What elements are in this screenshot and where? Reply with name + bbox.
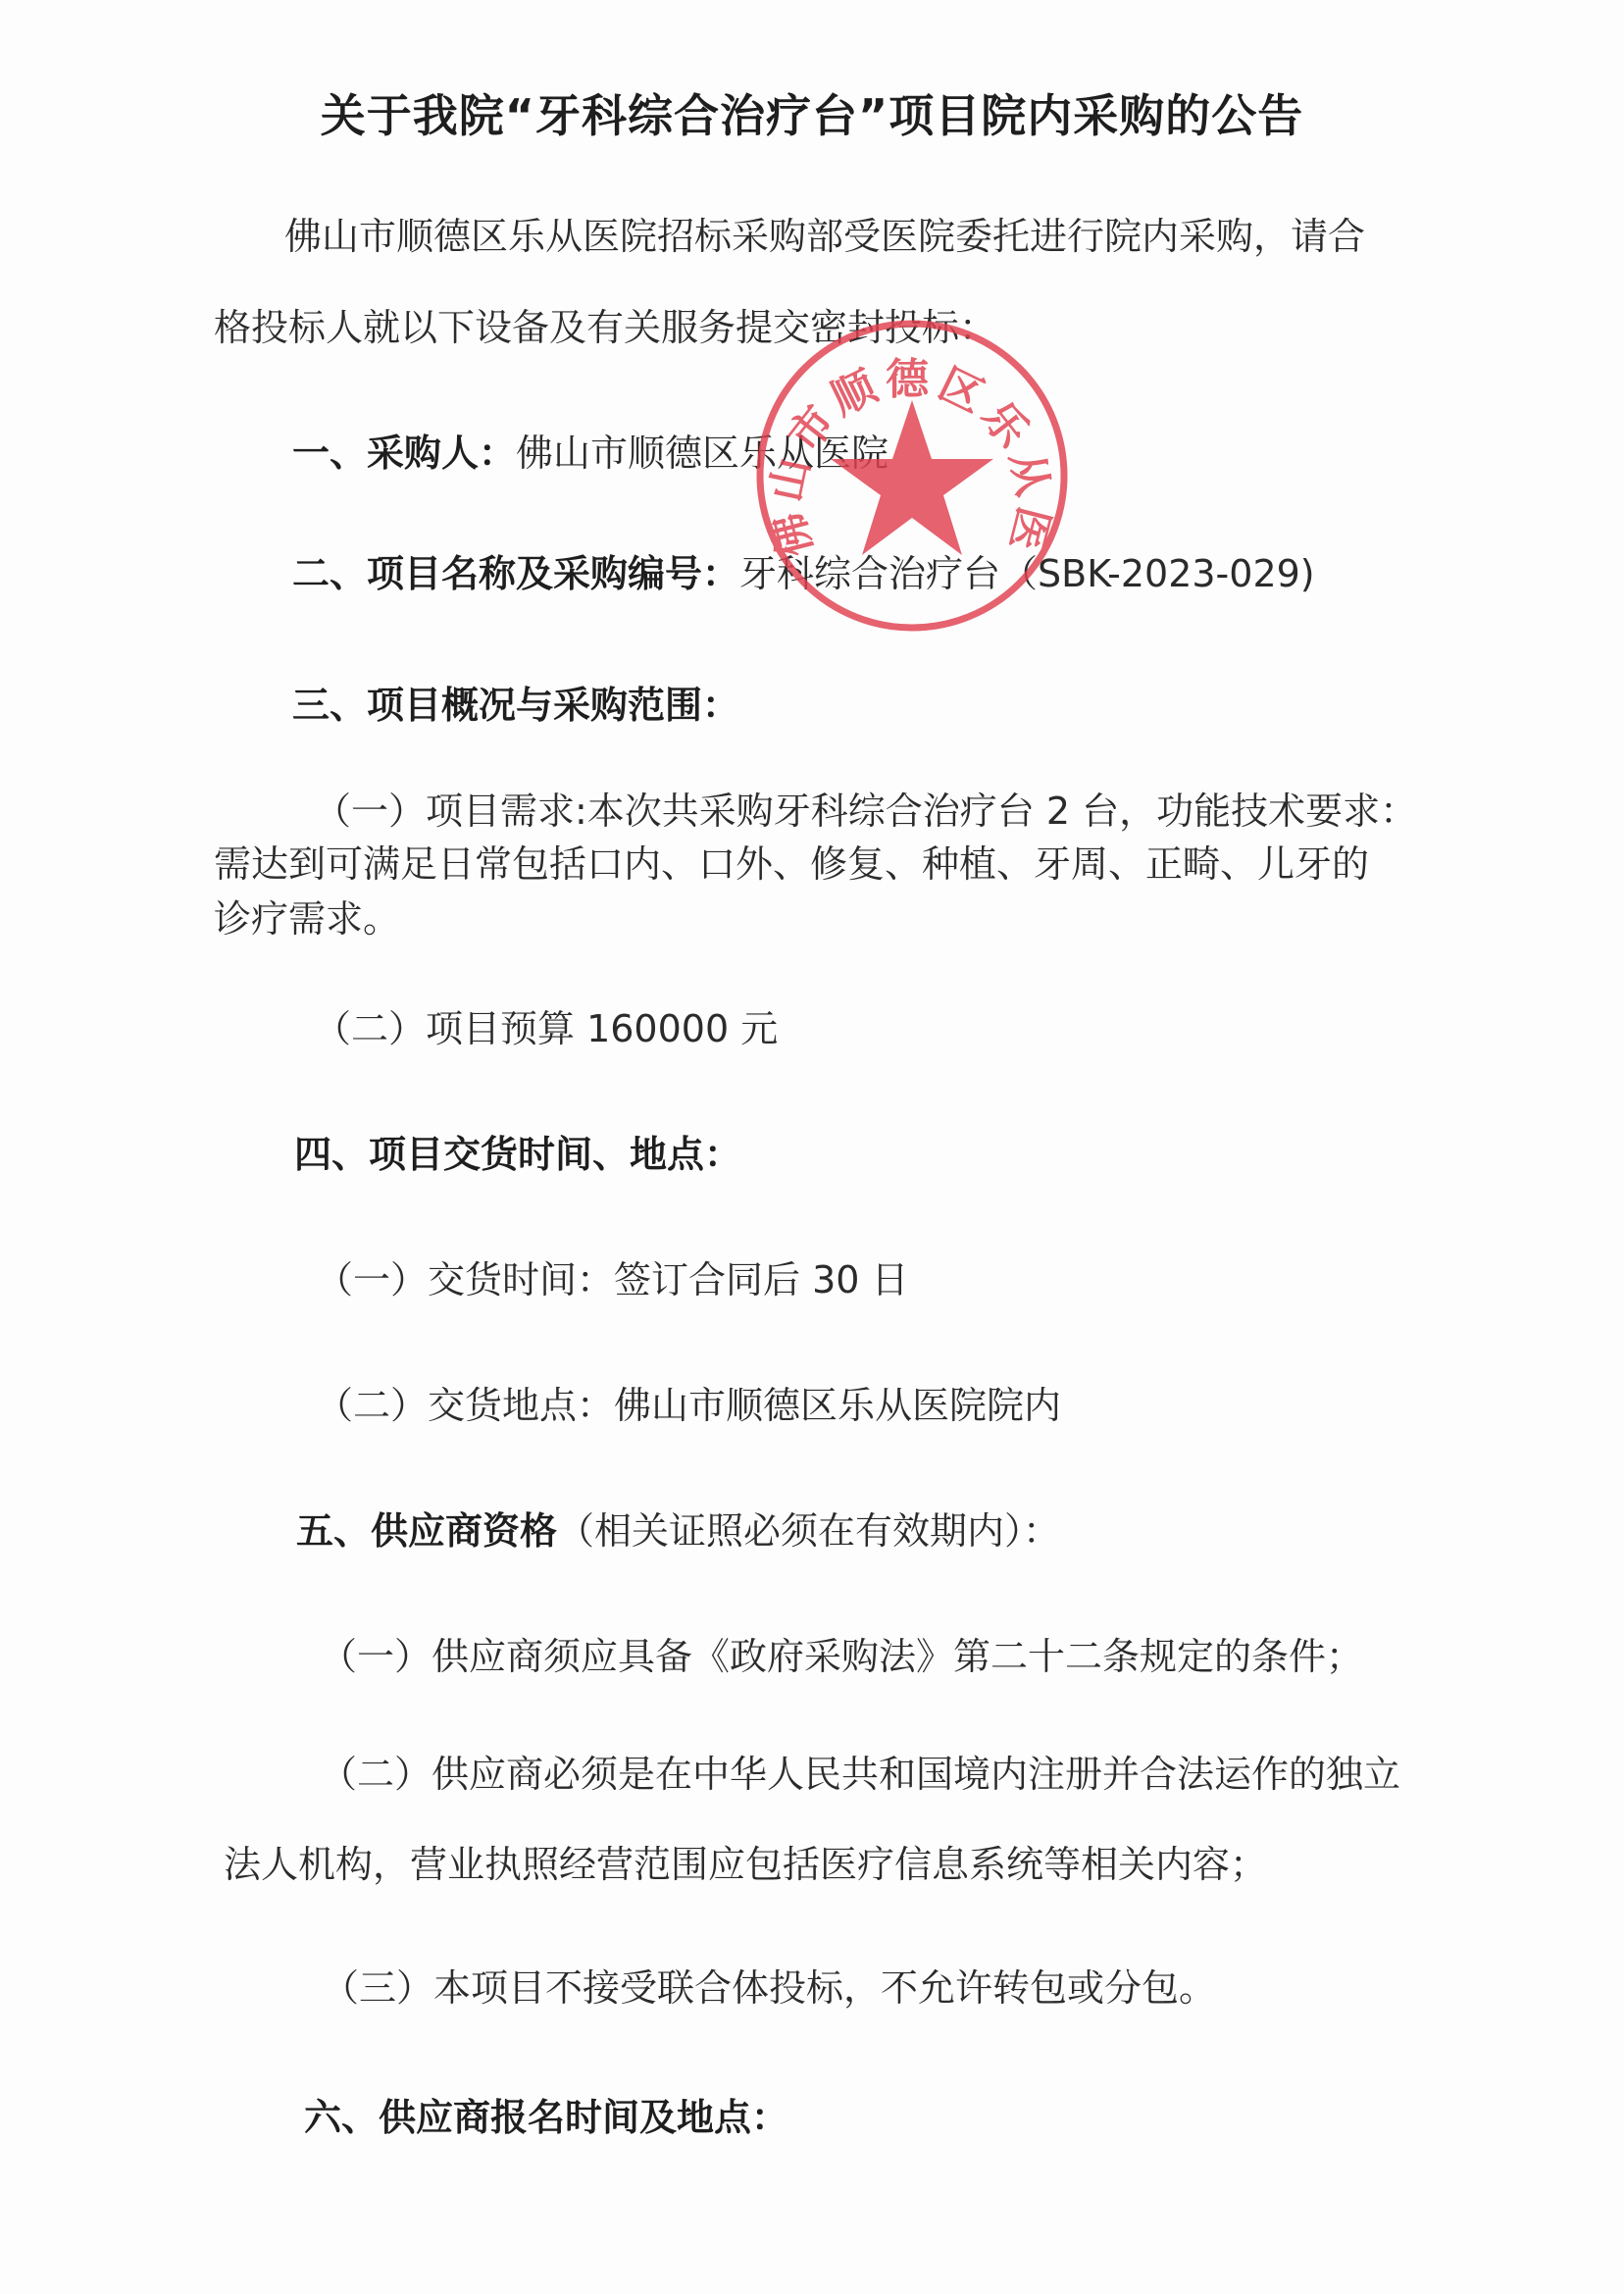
intro-line-2: 格投标人就以下设备及有关服务提交密封投标：	[214, 309, 996, 346]
intro-line-1: 佛山市顺德区乐从医院招标采购部受医院委托进行院内采购，请合	[284, 218, 1365, 255]
project-name-code: 牙科综合治疗台（SBK-2023-029)	[739, 552, 1315, 595]
section-heading: 一、采购人：	[292, 432, 516, 475]
qualification-item-2-line-2: 法人机构，营业执照经营范围应包括医疗信息系统等相关内容；	[224, 1846, 1267, 1883]
qualification-item-1: （一）供应商须应具备《政府采购法》第二十二条规定的条件；	[320, 1638, 1363, 1675]
document-page: 关于我院“牙科综合治疗台”项目院内采购的公告 佛山市顺德区乐从医院招标采购部受医…	[0, 0, 1624, 2294]
section-project-name: 二、项目名称及采购编号：牙科综合治疗台（SBK-2023-029)	[292, 555, 1315, 592]
overview-item-1-line-2: 需达到可满足日常包括口内、口外、修复、种植、牙周、正畸、儿牙的	[214, 845, 1369, 883]
delivery-location: （二）交货地点：佛山市顺德区乐从医院院内	[316, 1387, 1061, 1424]
section-heading: 五、供应商资格	[296, 1509, 557, 1553]
section-heading-overview: 三、项目概况与采购范围：	[292, 687, 739, 724]
delivery-time: （一）交货时间：签订合同后 30 日	[316, 1261, 909, 1299]
overview-item-1-line-1: （一）项目需求:本次共采购牙科综合治疗台 2 台，功能技术要求：	[314, 792, 1417, 830]
section-heading-note: （相关证照必须在有效期内）：	[557, 1509, 1060, 1553]
star-icon	[831, 400, 993, 555]
section-heading: 二、项目名称及采购编号：	[292, 552, 739, 595]
document-title: 关于我院“牙科综合治疗台”项目院内采购的公告	[0, 80, 1624, 145]
overview-item-1-line-3: 诊疗需求。	[214, 900, 400, 938]
section-heading-delivery: 四、项目交货时间、地点：	[294, 1136, 741, 1173]
overview-item-2: （二）项目预算 160000 元	[314, 1010, 778, 1047]
qualification-item-2-line-1: （二）供应商必须是在中华人民共和国境内注册并合法运作的独立	[320, 1756, 1400, 1793]
qualification-item-3: （三）本项目不接受联合体投标，不允许转包或分包。	[322, 1969, 1216, 2007]
section-purchaser: 一、采购人：佛山市顺德区乐从医院	[292, 434, 888, 472]
section-qualifications: 五、供应商资格（相关证照必须在有效期内）：	[296, 1512, 1060, 1550]
section-heading-registration: 六、供应商报名时间及地点：	[304, 2099, 788, 2136]
purchaser-name: 佛山市顺德区乐从医院	[516, 432, 888, 475]
